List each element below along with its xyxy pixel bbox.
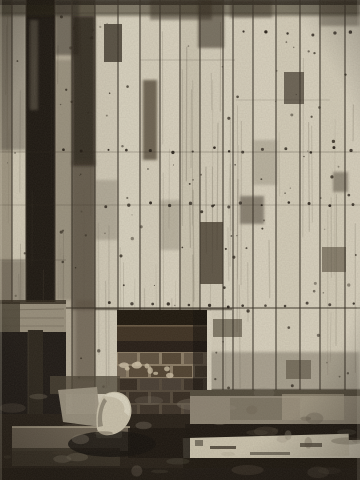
overlay-layer <box>0 0 360 480</box>
photograph: Monochrome photograph of a weathered woo… <box>0 0 360 480</box>
photo-canvas <box>0 0 360 480</box>
